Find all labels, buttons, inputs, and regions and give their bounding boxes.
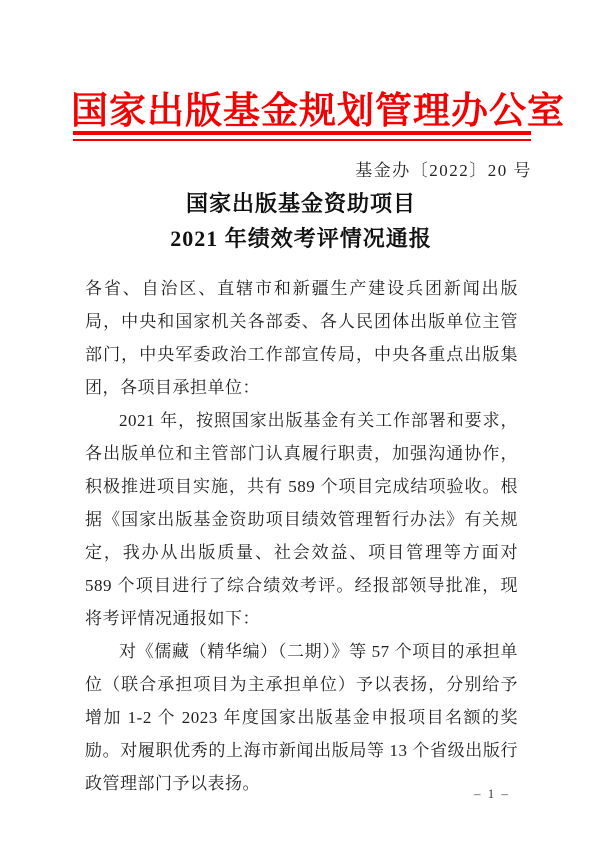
document-title: 国家出版基金资助项目 2021 年绩效考评情况通报 [0,186,602,256]
document-title-line-1: 国家出版基金资助项目 [0,186,602,221]
letterhead-office-name: 国家出版基金规划管理办公室 [71,80,531,134]
letterhead-rule-thin [73,139,531,141]
page-number: – 1 – [474,786,510,802]
document-body: 各省、自治区、直辖市和新疆生产建设兵团新闻出版局，中央和国家机关各部委、各人民团… [85,272,518,800]
letterhead: 国家出版基金规划管理办公室 [71,80,531,134]
body-paragraph-overview: 2021 年，按照国家出版基金有关工作部署和要求，各出版单位和主管部门认真履行职… [85,404,518,635]
letterhead-rule-thick [73,131,531,135]
document-title-line-2: 2021 年绩效考评情况通报 [0,221,602,256]
document-page: 国家出版基金规划管理办公室 基金办〔2022〕20 号 国家出版基金资助项目 2… [0,0,602,849]
body-paragraph-commendation: 对《儒藏（精华编）（二期）》等 57 个项目的承担单位（联合承担项目为主承担单位… [85,635,518,800]
document-number: 基金办〔2022〕20 号 [355,156,532,181]
body-paragraph-salutation: 各省、自治区、直辖市和新疆生产建设兵团新闻出版局，中央和国家机关各部委、各人民团… [85,272,518,404]
